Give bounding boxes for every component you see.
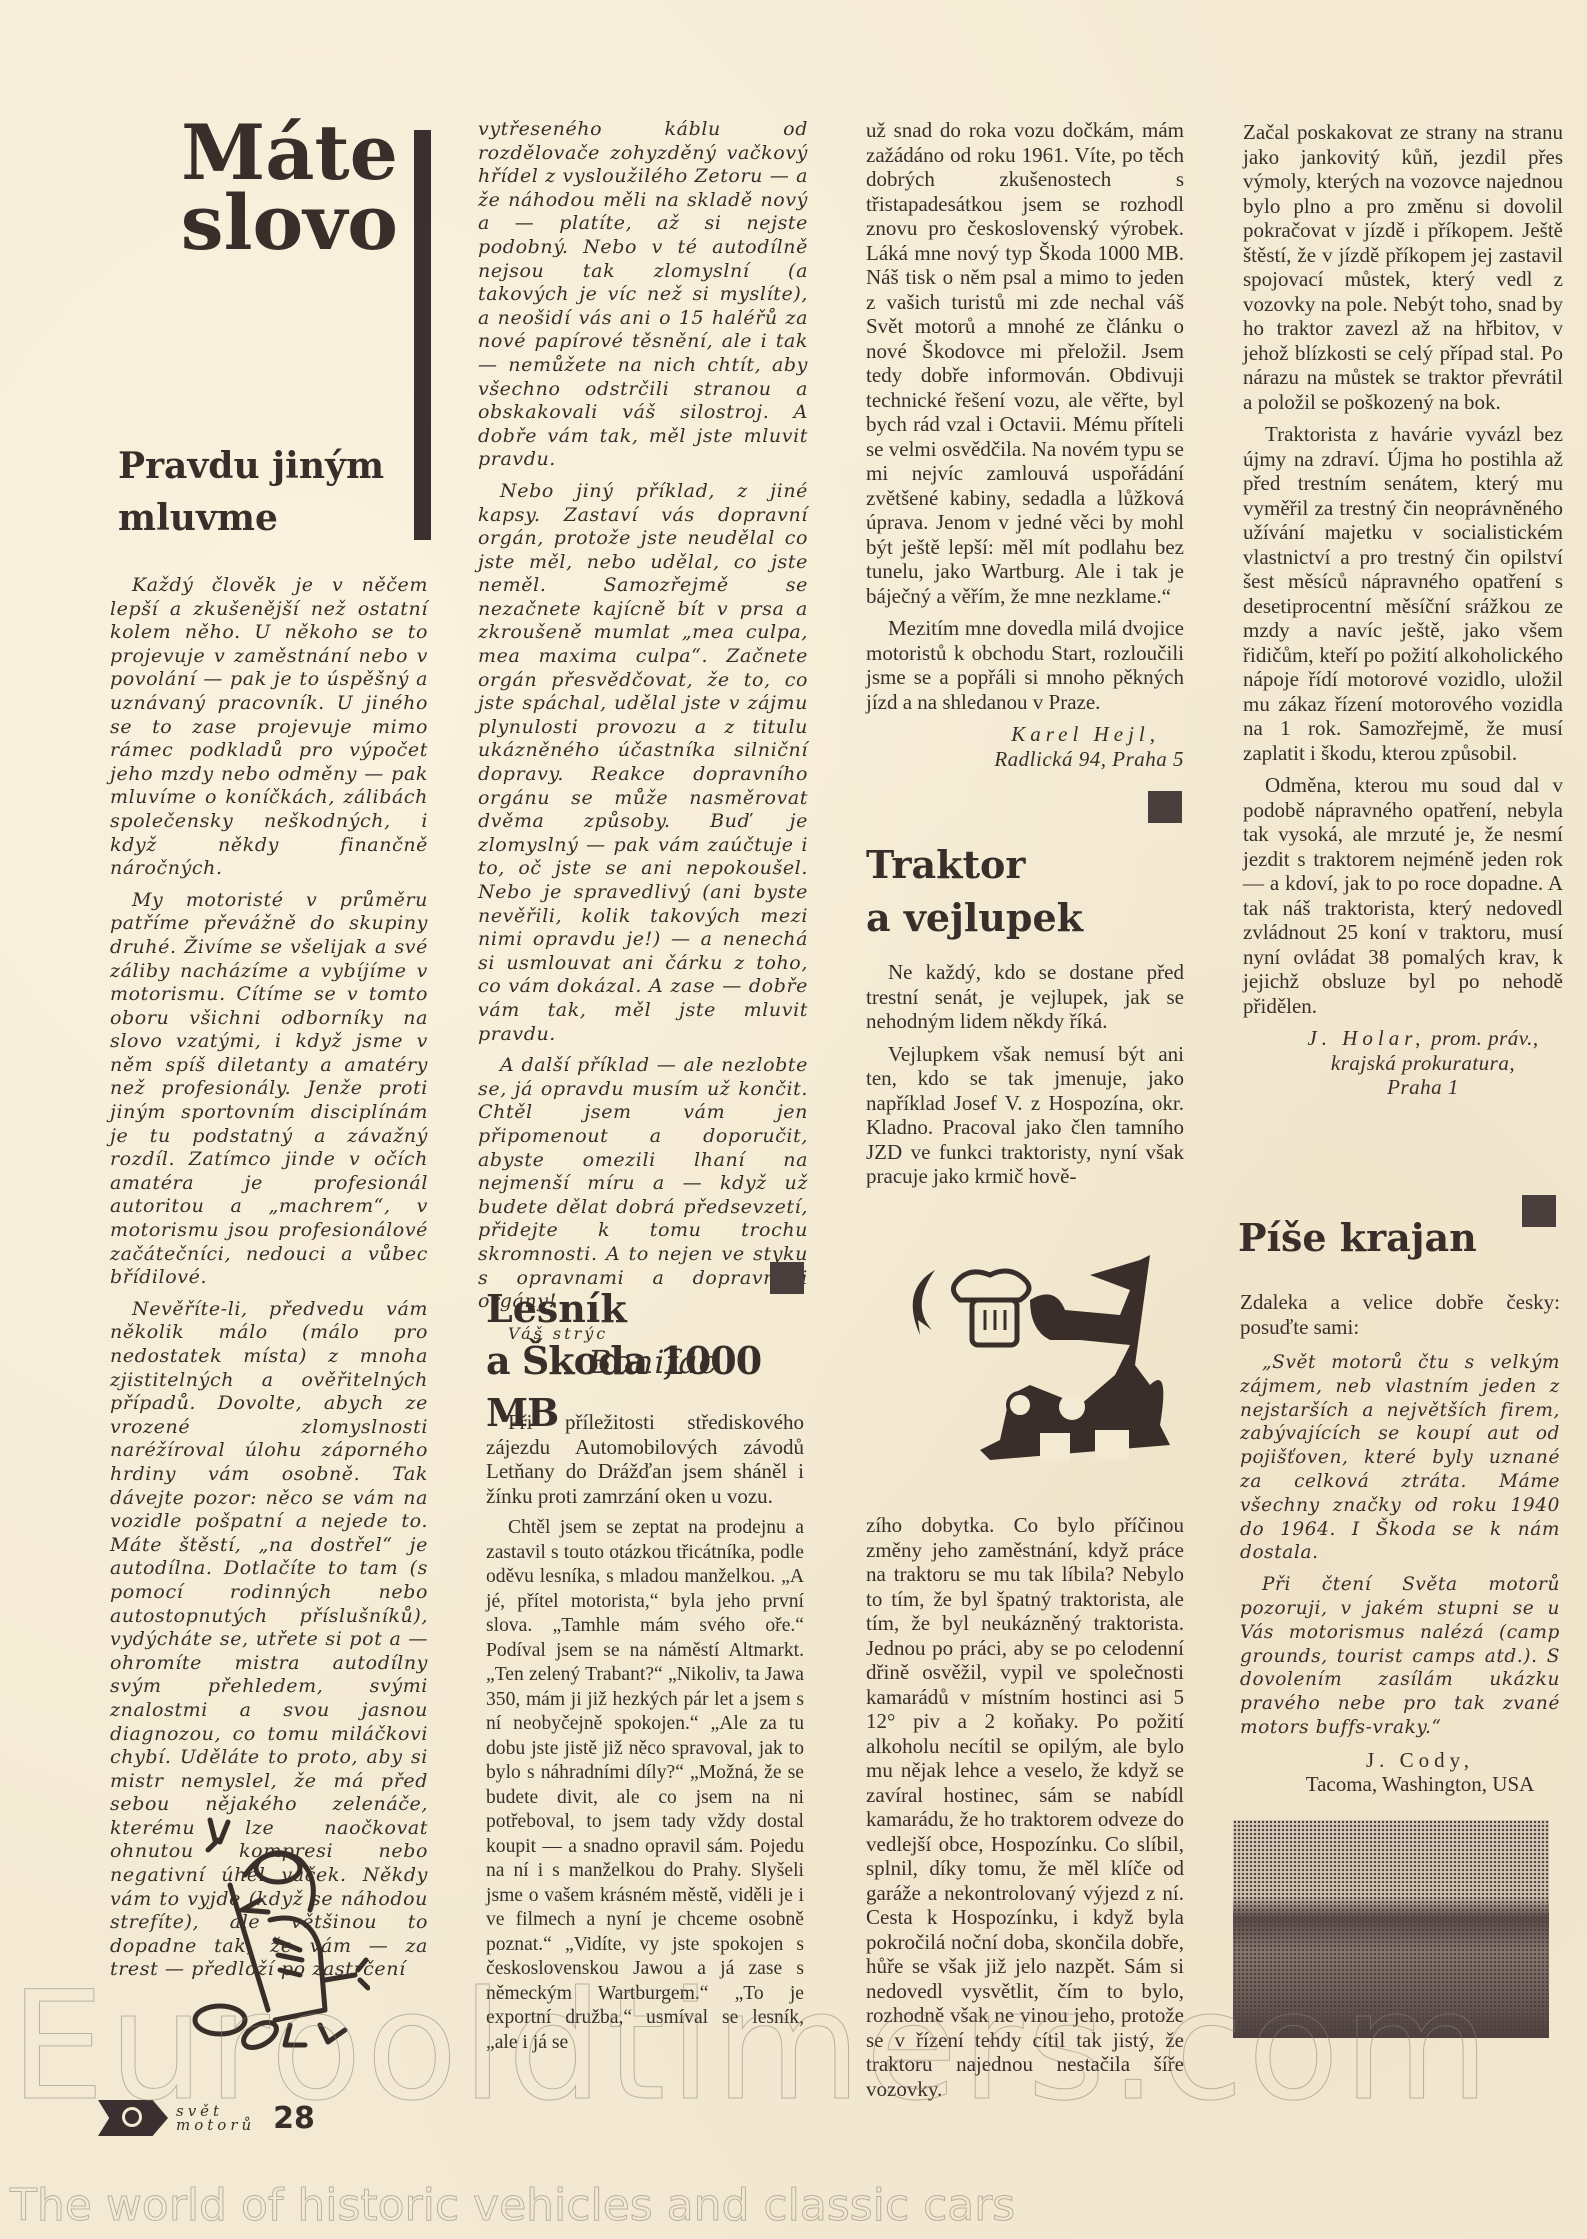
- article2-author-name: Karel Hejl,: [866, 722, 1160, 747]
- section-marker-square: [1148, 791, 1182, 823]
- section-title: Máte slovo: [150, 118, 398, 258]
- article4-author-place: Tacoma, Washington, USA: [1280, 1772, 1560, 1797]
- article2-author: Karel Hejl, Radlická 94, Praha 5: [866, 722, 1184, 771]
- article4-body: Zdaleka a velice dobře česky: posuďte sa…: [1240, 1290, 1560, 1797]
- article2-paragraph: Mezitím mne dovedla milá dvojice motoris…: [866, 616, 1184, 714]
- section-title-line2: slovo: [181, 178, 398, 267]
- article1-title-line1: Pravdu jiným: [118, 445, 384, 487]
- article3-heading: Traktor a vejlupek: [866, 838, 1186, 944]
- article1-body-col1: Každý člověk je v něčem lepší a zkušeněj…: [110, 574, 428, 1990]
- article1-body-col2: vytřeseného káblu od rozdělovače zohyzdě…: [478, 118, 808, 1375]
- article3-author-title: prom. práv.,: [1431, 1026, 1539, 1050]
- article4-quote: Při čtení Světa motorů pozoruji, v jakém…: [1240, 1573, 1560, 1740]
- article1-title-line2: mluvme: [118, 497, 278, 539]
- article1-paragraph: vytřeseného káblu od rozdělovače zohyzdě…: [478, 118, 808, 472]
- article3-author-org: krajská prokuratura,: [1283, 1051, 1563, 1076]
- article3-title-line2: a vejlupek: [866, 895, 1083, 940]
- article3-body-col4: Začal poskakovat ze strany na stranu jak…: [1243, 120, 1563, 1100]
- article3-paragraph: Vejlupkem však nemusí být ani ten, kdo s…: [866, 1042, 1184, 1189]
- article1-paragraph: Každý člověk je v něčem lepší a zkušeněj…: [110, 574, 428, 881]
- article4-intro: Zdaleka a velice dobře česky: posuďte sa…: [1240, 1290, 1560, 1339]
- article4-title: Píše krajan: [1238, 1215, 1558, 1261]
- article3-author-name: J. Holar,: [1307, 1026, 1425, 1050]
- article1-paragraph: A další příklad — ale nezlobte se, já op…: [478, 1054, 808, 1314]
- article3-author: J. Holar, prom. práv., krajská prokuratu…: [1283, 1026, 1563, 1100]
- watermark-site: Eurooldtimers.com: [10, 1960, 1493, 2134]
- article2-paragraph: Při příležitosti střediskového zájezdu A…: [486, 1410, 804, 1508]
- cartoon-tractor-illustration: [880, 1245, 1180, 1485]
- article3-paragraph: Traktorista z havárie vyvázl bez újmy na…: [1243, 422, 1563, 765]
- watermark-tagline: The world of historic vehicles and class…: [10, 2180, 1015, 2231]
- article1-paragraph: Nebo jiný příklad, z jiné kapsy. Zastaví…: [478, 480, 808, 1046]
- tractor-beer-cartoon-icon: [880, 1245, 1180, 1485]
- article2-title-line1: Lesník: [486, 1286, 627, 1331]
- article4-quote: „Svět motorů čtu s velkým zájmem, neb vl…: [1240, 1351, 1560, 1565]
- article3-title-line1: Traktor: [866, 842, 1025, 887]
- article4-heading: Píše krajan: [1238, 1215, 1558, 1261]
- article3-paragraph: Ne každý, kdo se dostane před trestní se…: [866, 960, 1184, 1034]
- section-divider-bar: [414, 130, 431, 540]
- article3-body-col3-top: Ne každý, kdo se dostane před trestní se…: [866, 960, 1184, 1197]
- article3-author-city: Praha 1: [1283, 1075, 1563, 1100]
- article1-paragraph: My motoristé v průměru patříme převážně …: [110, 889, 428, 1290]
- article3-paragraph: Začal poskakovat ze strany na stranu jak…: [1243, 120, 1563, 414]
- article3-paragraph: Odměna, kterou mu soud dal v podobě nápr…: [1243, 773, 1563, 1018]
- article4-author-name: J. Cody,: [1280, 1748, 1560, 1773]
- article1-heading: Pravdu jiným mluvme: [118, 440, 408, 544]
- magazine-page: Máte slovo Pravdu jiným mluvme Každý člo…: [0, 0, 1587, 2239]
- article2-paragraph: už snad do roka vozu dočkám, mám zažádán…: [866, 118, 1184, 608]
- article4-author: J. Cody, Tacoma, Washington, USA: [1280, 1748, 1560, 1797]
- article2-author-address: Radlická 94, Praha 5: [866, 747, 1184, 772]
- article2-body-col3: už snad do roka vozu dočkám, mám zažádán…: [866, 118, 1184, 771]
